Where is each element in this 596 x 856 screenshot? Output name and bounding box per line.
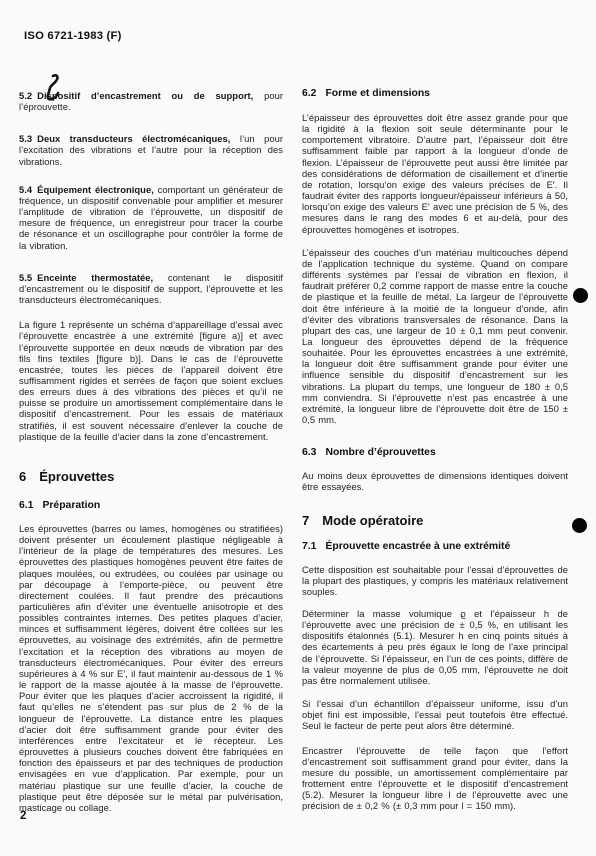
page-number: 2 [20,810,26,822]
clause-5-2-number: 5.2 [19,90,32,101]
density-measurement-paragraph: Déterminer la masse volumique ϱ et l’épa… [302,608,568,686]
standard-reference-header: ISO 6721-1983 (F) [24,30,122,42]
section-6-2-title: Forme et dimensions [325,88,430,99]
section-7-title: Mode opératoire [322,513,423,528]
preparation-paragraph: Les éprouvettes (barres ou lames, homogè… [19,523,283,813]
clause-5-5-title: Enceinte thermostatée, [37,272,153,283]
section-7-1-heading: 7.1Éprouvette encastrée à une extrémité [302,541,568,553]
section-6-3-number: 6.3 [302,447,316,458]
clause-5-3-title: Deux transducteurs électromécaniques, [37,133,230,144]
clause-5-2-title: Dispositif d’encastrement ou de support, [37,90,253,101]
clause-5-2: 5.2Dispositif d’encastrement ou de suppo… [19,90,283,112]
clamping-paragraph: Encastrer l’éprouvette de telle façon qu… [302,745,568,812]
disposition-paragraph: Cette disposition est souhaitable pour l… [302,564,568,597]
uniform-sample-paragraph: Si l’essai d’un échantillon d’épaisseur … [302,698,568,731]
section-6-1-heading: 6.1Préparation [19,500,283,512]
left-column: 5.2Dispositif d’encastrement ou de suppo… [19,88,283,813]
section-6-2-number: 6.2 [302,88,316,99]
section-6-3-heading: 6.3Nombre d’éprouvettes [302,447,568,459]
section-6-number: 6 [19,469,26,484]
section-7-number: 7 [302,513,309,528]
right-column: 6.2Forme et dimensions L’épaisseur des é… [302,84,568,812]
section-6-heading: 6Éprouvettes [19,469,283,484]
registration-dot [572,518,587,533]
section-6-3-title: Nombre d’éprouvettes [325,447,435,458]
layers-paragraph: L’épaisseur des couches d’un matériau mu… [302,247,568,426]
section-7-1-title: Éprouvette encastrée à une extrémité [325,541,510,552]
thickness-paragraph: L’épaisseur des éprouvettes doit être as… [302,112,568,235]
clause-5-3-number: 5.3 [19,133,32,144]
clause-5-5-number: 5.5 [19,272,32,283]
section-7-heading: 7Mode opératoire [302,513,568,528]
clause-5-3: 5.3Deux transducteurs électromécaniques,… [19,133,283,166]
registration-dot [573,288,588,303]
scanned-document-page: ISO 6721-1983 (F) 5.2Dispositif d’encast… [0,0,596,856]
section-6-2-heading: 6.2Forme et dimensions [302,88,568,100]
figure-description-paragraph: La figure 1 représente un schéma d’appar… [19,319,283,442]
section-7-1-number: 7.1 [302,541,316,552]
clause-5-4-number: 5.4 [19,184,32,195]
section-6-title: Éprouvettes [39,469,114,484]
clause-5-4-title: Équipement électronique, [37,184,154,195]
clause-5-4: 5.4Équipement électronique, comportant u… [19,184,283,251]
section-6-1-title: Préparation [42,500,100,511]
specimen-count-paragraph: Au moins deux éprouvettes de dimensions … [302,470,568,492]
clause-5-5: 5.5Enceinte thermostatée, contenant le d… [19,272,283,305]
section-6-1-number: 6.1 [19,500,33,511]
